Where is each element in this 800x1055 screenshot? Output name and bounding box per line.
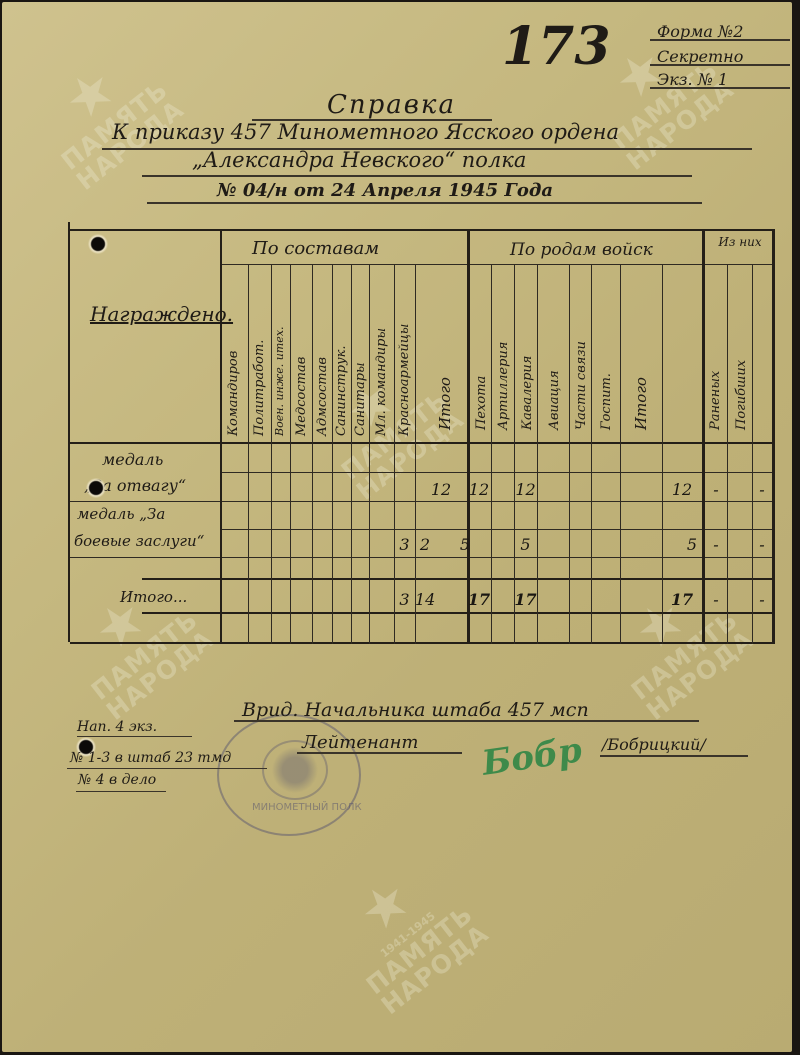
table-cell: 2 — [415, 535, 435, 554]
table-cell: - — [752, 535, 772, 554]
table-rule — [70, 557, 774, 558]
table-rule — [312, 264, 313, 644]
subtitle-line-2: „Александра Невского“ полка — [192, 148, 526, 172]
table-rule — [70, 642, 774, 644]
table-border — [772, 229, 775, 644]
table-rule — [332, 264, 333, 644]
table-rule — [70, 229, 774, 231]
table-rule — [142, 578, 774, 580]
table-rule — [662, 264, 663, 644]
table-rule — [702, 229, 705, 644]
table-rule — [591, 264, 592, 644]
column-header: Адмсостав — [315, 270, 330, 436]
underline — [147, 202, 702, 204]
table-rule — [351, 264, 352, 644]
table-cell: - — [752, 590, 772, 609]
table-rule — [220, 264, 774, 265]
table-rule — [752, 264, 753, 644]
column-header: Красноармейцы — [397, 270, 412, 436]
row-label: боевые заслуги“ — [74, 532, 204, 550]
underline — [67, 768, 267, 769]
punch-hole — [86, 478, 106, 498]
table-cell: 12 — [467, 480, 491, 499]
row-label: медаль — [102, 450, 163, 469]
table-rule — [290, 264, 291, 644]
row-label: Итого... — [120, 588, 187, 606]
group-header-of-them: Из них — [712, 236, 768, 248]
table-rule — [369, 264, 370, 644]
table-rule — [70, 501, 774, 502]
table-cell: - — [705, 590, 727, 609]
table-cell: 12 — [662, 480, 702, 499]
subtitle-line-1: К приказу 457 Минометного Ясского ордена — [112, 120, 619, 144]
table-rule — [220, 529, 774, 530]
table-rule — [569, 264, 570, 644]
group-header-by-branch: По родам войск — [510, 240, 653, 260]
column-header: Госпит. — [599, 270, 614, 430]
underline — [297, 752, 462, 754]
watermark: ★1941-1945ПАМЯТЬНАРОДА — [319, 845, 493, 1018]
table-rule — [514, 264, 515, 644]
table-cell: 14 — [415, 590, 435, 609]
column-header: Части связи — [574, 270, 589, 430]
column-header: Погибших — [734, 270, 749, 430]
column-header: Политработ. — [252, 270, 267, 436]
table-cell: 17 — [662, 590, 702, 609]
table-cell: 5 — [445, 535, 485, 554]
table-cell: 3 — [394, 590, 415, 609]
table-rule — [248, 264, 249, 644]
table-cell: 17 — [514, 590, 537, 609]
underline — [650, 64, 790, 66]
subtitle-line-3: № 04/н от 24 Апреля 1945 Года — [217, 180, 553, 201]
row-label: медаль „За — [77, 505, 165, 523]
column-header: Медсостав — [294, 270, 309, 436]
table-cell: 12 — [514, 480, 537, 499]
column-header: Итого — [436, 270, 454, 430]
underline — [650, 87, 790, 89]
filing-note-line: Нап. 4 экз. — [77, 719, 157, 735]
watermark: ★ПАМЯТЬНАРОДА — [23, 34, 187, 194]
table-rule — [491, 264, 492, 644]
column-header: Авиация — [547, 270, 562, 430]
table-cell: 3 — [394, 535, 415, 554]
table-rule — [220, 472, 774, 473]
table-cell: - — [752, 480, 772, 499]
table-cell: - — [705, 535, 727, 554]
column-header: Кавалерия — [520, 270, 535, 430]
underline — [76, 791, 166, 792]
document-title: Справка — [327, 90, 456, 120]
signer-position: Врид. Начальника штаба 457 мсп — [242, 699, 589, 721]
table-cell: 17 — [467, 590, 491, 609]
column-header: Раненых — [708, 270, 723, 430]
group-header-by-staff: По составам — [252, 238, 379, 259]
table-rule — [537, 264, 538, 644]
table-rule — [271, 264, 272, 644]
table-rule — [415, 264, 416, 644]
table-cell: - — [705, 480, 727, 499]
table-rule — [620, 264, 621, 644]
column-header: Пехота — [474, 270, 489, 430]
table-cell: 5 — [514, 535, 537, 554]
column-header: Мл. командиры — [374, 270, 389, 436]
table-border — [68, 222, 70, 642]
filing-note-line: № 4 в дело — [78, 772, 156, 788]
column-header: Артиллерия — [496, 270, 511, 430]
column-header: Воен. инже. итех. — [273, 270, 286, 436]
signature: Бобр — [480, 730, 585, 784]
watermark: ★ПАМЯТЬНАРОДА — [593, 564, 757, 724]
punch-hole — [88, 234, 108, 254]
archive-number: 173 — [502, 16, 611, 77]
table-rule — [142, 612, 774, 614]
table-rule — [220, 229, 222, 644]
underline — [142, 175, 692, 177]
table-rule — [727, 264, 728, 644]
table-cell: 12 — [415, 480, 467, 499]
column-header: Итого — [632, 270, 650, 430]
stamp-text: МИНОМЕТНЫЙ ПОЛК — [252, 802, 362, 813]
document-page: ★ПАМЯТЬНАРОДА ★ПАМЯТЬНАРОДА ★ПАМЯТЬНАРОД… — [2, 2, 792, 1052]
underline — [600, 755, 748, 757]
column-header: Санитары — [353, 270, 368, 436]
signer-rank: Лейтенант — [302, 732, 419, 753]
row-header-label: Награждено. — [90, 300, 210, 328]
table-rule — [394, 264, 395, 644]
signer-name: /Бобрицкий/ — [602, 735, 706, 754]
table-rule — [70, 442, 774, 444]
table-cell: 5 — [682, 535, 702, 554]
underline — [234, 720, 699, 722]
table-rule — [467, 229, 470, 644]
column-header: Командиров — [226, 270, 241, 436]
filing-note-line: № 1-3 в штаб 23 тмд — [70, 750, 231, 766]
underline — [77, 736, 192, 737]
column-header: Санинструк. — [334, 270, 349, 436]
underline — [650, 39, 790, 41]
